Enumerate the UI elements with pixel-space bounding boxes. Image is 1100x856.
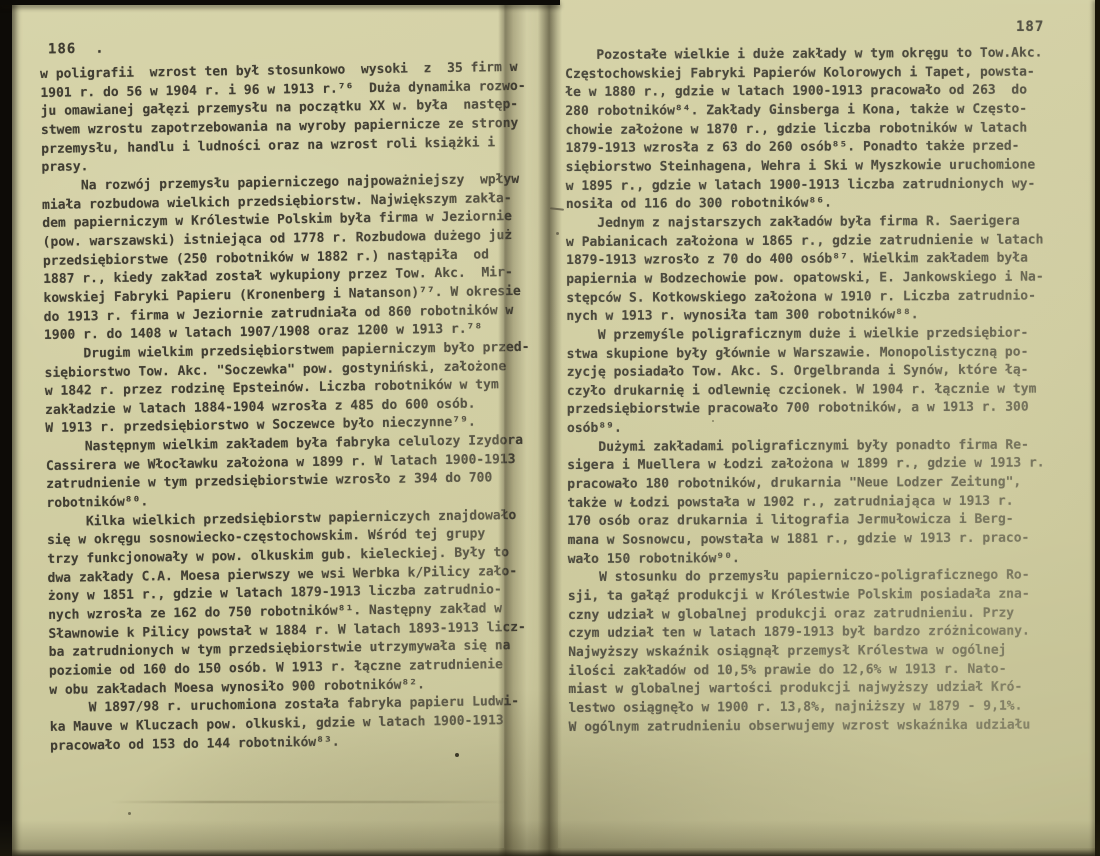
text-line: Pozostałe wielkie i duże zakłady w tym o… bbox=[565, 45, 1043, 66]
paper-speck bbox=[128, 812, 131, 815]
paper-speck bbox=[712, 420, 714, 422]
text-line: stwa skupione były głównie w Warszawie. … bbox=[567, 343, 1045, 364]
paper-crease-line bbox=[110, 801, 510, 803]
text-line: 280 robotników⁸⁴. Zakłady Ginsberga i Ko… bbox=[565, 100, 1043, 121]
text-line: Częstochowskiej Fabryki Papierów Kolorow… bbox=[565, 63, 1043, 84]
scan-edge-left bbox=[0, 0, 12, 856]
text-line: lestwo osiągnęło w 1900 r. 13,8%, najniż… bbox=[568, 697, 1046, 718]
text-line: 170 osób oraz drukarnia i litografia Jer… bbox=[567, 511, 1045, 532]
text-line: przedsiębiorstwie pracowało 700 robotnik… bbox=[567, 399, 1045, 420]
text-line: miast w globalnej wartości produkcji naj… bbox=[568, 679, 1046, 700]
text-line: zycję posiadało Tow. Akc. S. Orgelbranda… bbox=[567, 362, 1045, 383]
text-line: w Pabianicach założona w 1865 r., gdzie … bbox=[566, 231, 1044, 252]
left-page-number: 186 . bbox=[48, 41, 105, 58]
text-line: nosiła od 116 do 300 robotników⁸⁶. bbox=[566, 194, 1044, 215]
text-line: nych w 1913 r. wynosiła tam 300 robotnik… bbox=[566, 306, 1044, 327]
paper-speck bbox=[455, 753, 459, 757]
text-line: ilości zakładów od 10,5% prawie do 12,6%… bbox=[568, 660, 1046, 681]
text-line: W przemyśle poligraficznym duże i wielki… bbox=[566, 324, 1044, 345]
scanned-book-spread: 186 . w poligrafii wzrost ten był stosun… bbox=[0, 0, 1100, 856]
text-line: czyło drukarnię i odlewnię czcionek. W 1… bbox=[567, 380, 1045, 401]
margin-pencil-mark bbox=[556, 232, 559, 235]
text-line: siębiorstwo Steinhagena, Wehra i Ski w M… bbox=[566, 156, 1044, 177]
text-line: Najwyższy wskaźnik osiągnął przemysł Kró… bbox=[568, 641, 1046, 662]
text-line: pracowało 180 robotników, drukarnia "Neu… bbox=[567, 474, 1045, 495]
text-line: papiernia w Bodzechowie pow. opatowski, … bbox=[566, 268, 1044, 289]
text-line: W ogólnym zatrudnieniu obserwujemy wzros… bbox=[569, 716, 1047, 737]
scan-edge-right bbox=[1095, 0, 1100, 856]
text-line: Dużymi zakładami poligraficznymi były po… bbox=[567, 436, 1045, 457]
text-line: stępców S. Kotkowskiego założona w 1910 … bbox=[566, 287, 1044, 308]
text-line: w 1895 r., gdzie w latach 1900-1913 licz… bbox=[566, 175, 1044, 196]
right-page: 187 Pozostałe wielkie i duże zakłady w t… bbox=[558, 4, 1095, 848]
scan-edge-top bbox=[0, 0, 560, 5]
text-line: czym udział ten w latach 1879-1913 był b… bbox=[568, 623, 1046, 644]
text-line: sigera i Muellera w Łodzi założona w 189… bbox=[567, 455, 1045, 476]
text-line: 1879-1913 wzrosła z 63 do 260 osób⁸⁵. Po… bbox=[565, 138, 1043, 159]
text-line: chowie założone w 1870 r., gdzie liczba … bbox=[565, 119, 1043, 140]
text-line: mana w Sosnowcu, powstała w 1881 r., gdz… bbox=[568, 530, 1046, 551]
text-line: wało 150 robotników⁹⁰. bbox=[568, 548, 1046, 569]
text-line: także w Łodzi powstała w 1902 r., zatrud… bbox=[567, 492, 1045, 513]
text-line: W stosunku do przemysłu papierniczo-poli… bbox=[568, 567, 1046, 588]
text-line: osób⁸⁹. bbox=[567, 418, 1045, 439]
right-page-text: Pozostałe wielkie i duże zakłady w tym o… bbox=[565, 45, 1046, 738]
text-line: Jednym z najstarszych zakładów była firm… bbox=[566, 212, 1044, 233]
text-line: sji, ta gałąź produkcji w Królestwie Pol… bbox=[568, 586, 1046, 607]
text-line: 1879-1913 wzrosło z 70 do 400 osób⁸⁷. Wi… bbox=[566, 250, 1044, 271]
left-page-text: w poligrafii wzrost ten był stosunkowo w… bbox=[40, 59, 535, 756]
scan-edge-bottom bbox=[0, 849, 1100, 856]
text-line: łe w 1880 r., gdzie w latach 1900-1913 p… bbox=[565, 82, 1043, 103]
left-page: 186 . w poligrafii wzrost ten był stosun… bbox=[12, 4, 504, 848]
text-line: czny udział w globalnej produkcji oraz z… bbox=[568, 604, 1046, 625]
right-page-number: 187 bbox=[1016, 19, 1044, 35]
